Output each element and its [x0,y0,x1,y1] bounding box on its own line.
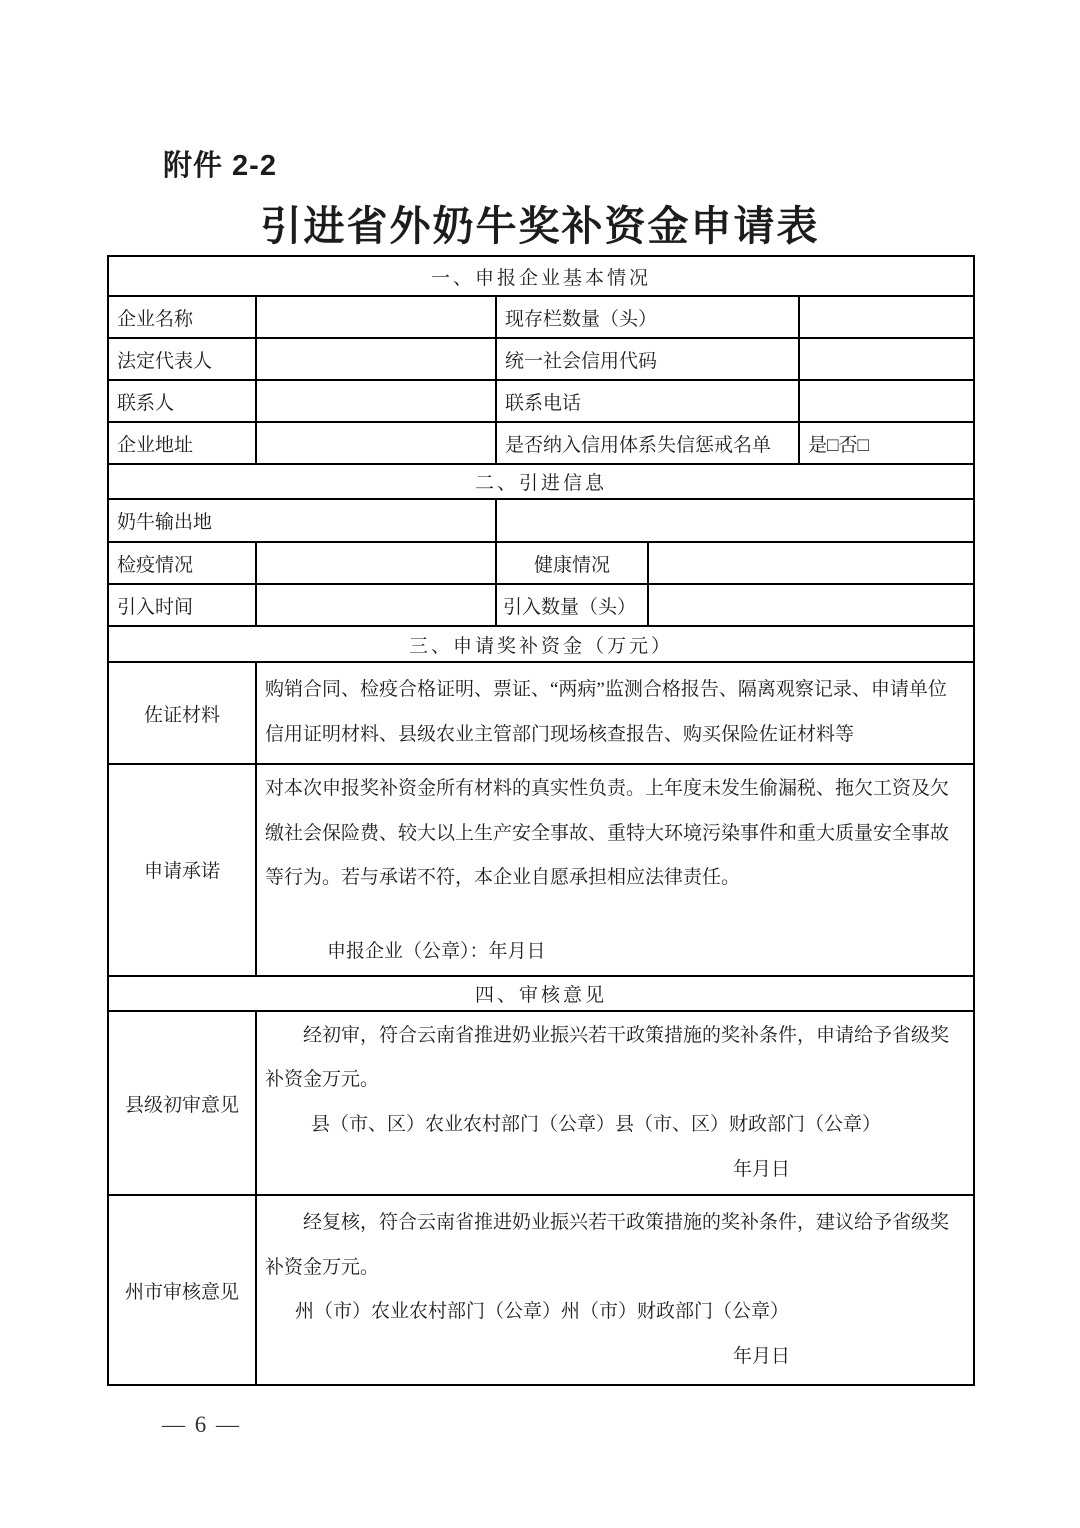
application-commitment-content: 对本次申报奖补资金所有材料的真实性负责。上年度未发生偷漏税、拖欠工资及欠缴社会保… [256,764,974,976]
intro-quantity-label: 引入数量（头） [496,584,648,626]
quarantine-status-input[interactable] [256,542,496,584]
herd-size-input[interactable] [799,296,974,338]
attachment-label: 附件 2-2 [163,143,277,184]
evidence-materials-content: 购销合同、检疫合格证明、票证、“两病”监测合格报告、隔离观察记录、申请单位信用证… [256,662,974,764]
county-review-content: 经初审，符合云南省推进奶业振兴若干政策措施的奖补条件，申请给予省级奖补资金万元。… [256,1011,974,1196]
legal-rep-input[interactable] [256,338,496,380]
section4-header: 四、审核意见 [108,976,974,1011]
company-address-label: 企业地址 [108,422,256,464]
contact-phone-input[interactable] [799,380,974,422]
contact-person-input[interactable] [256,380,496,422]
herd-size-label: 现存栏数量（头） [496,296,799,338]
commitment-signature-line: 申报企业（公章）：年月日 [265,931,965,973]
intro-quantity-input[interactable] [648,584,974,626]
section3-header: 三、申请奖补资金（万元） [108,626,974,662]
cattle-origin-input[interactable] [496,499,974,542]
credit-code-label: 统一社会信用代码 [496,338,799,380]
application-form-table: 一、申报企业基本情况 企业名称 现存栏数量（头） 法定代表人 统一社会信用代码 … [107,255,975,1386]
prefecture-review-label: 州市审核意见 [108,1195,256,1385]
document-page: 附件 2-2 引进省外奶牛奖补资金申请表 一、申报企业基本情况 企业名称 现存栏… [0,0,1080,1528]
prefecture-review-content: 经复核，符合云南省推进奶业振兴若干政策措施的奖补条件，建议给予省级奖补资金万元。… [256,1195,974,1385]
application-commitment-label: 申请承诺 [108,764,256,976]
county-review-date-line: 年月日 [265,1148,965,1193]
credit-code-input[interactable] [799,338,974,380]
health-status-label: 健康情况 [496,542,648,584]
company-name-input[interactable] [256,296,496,338]
credit-blacklist-checkboxes[interactable]: 是□否□ [799,422,974,464]
quarantine-status-label: 检疫情况 [108,542,256,584]
prefecture-review-opinion: 经复核，符合云南省推进奶业振兴若干政策措施的奖补条件，建议给予省级奖补资金万元。 [265,1201,965,1290]
contact-person-label: 联系人 [108,380,256,422]
prefecture-review-org-line: 州（市）农业农村部门（公章）州（市）财政部门（公章） [265,1290,965,1335]
evidence-materials-label: 佐证材料 [108,662,256,764]
county-review-opinion: 经初审，符合云南省推进奶业振兴若干政策措施的奖补条件，申请给予省级奖补资金万元。 [265,1014,965,1103]
intro-date-input[interactable] [256,584,496,626]
commitment-text: 对本次申报奖补资金所有材料的真实性负责。上年度未发生偷漏税、拖欠工资及欠缴社会保… [265,767,965,901]
company-name-label: 企业名称 [108,296,256,338]
health-status-input[interactable] [648,542,974,584]
county-review-org-line: 县（市、区）农业农村部门（公章）县（市、区）财政部门（公章） [265,1103,965,1148]
section2-header: 二、引进信息 [108,464,974,499]
legal-rep-label: 法定代表人 [108,338,256,380]
page-title: 引进省外奶牛奖补资金申请表 [0,193,1080,252]
county-review-label: 县级初审意见 [108,1011,256,1196]
evidence-materials-text: 购销合同、检疫合格证明、票证、“两病”监测合格报告、隔离观察记录、申请单位信用证… [265,668,965,757]
intro-date-label: 引入时间 [108,584,256,626]
section1-header: 一、申报企业基本情况 [108,256,974,296]
contact-phone-label: 联系电话 [496,380,799,422]
page-number: — 6 — [162,1412,241,1438]
company-address-input[interactable] [256,422,496,464]
cattle-origin-label: 奶牛输出地 [108,499,496,542]
prefecture-review-date-line: 年月日 [265,1335,965,1380]
credit-blacklist-label: 是否纳入信用体系失信惩戒名单 [496,422,799,464]
